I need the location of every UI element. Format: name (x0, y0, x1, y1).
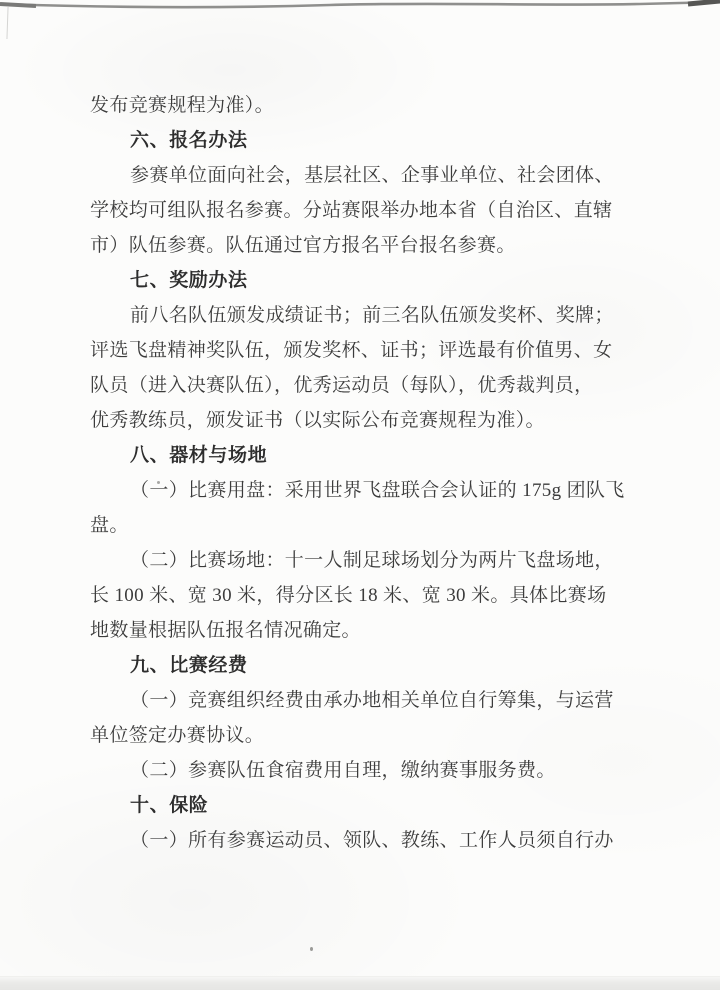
scan-bottom-edge-artifact (0, 976, 720, 990)
para-funds-line: 单位签定办赛协议。 (90, 718, 614, 753)
para-awards-line: 队员（进入决赛队伍），优秀运动员（每队），优秀裁判员， (90, 368, 614, 403)
scanned-document-page: 发布竞赛规程为准）。 六、报名办法 参赛单位面向社会，基层社区、企事业单位、社会… (0, 0, 720, 990)
document-body: 发布竞赛规程为准）。 六、报名办法 参赛单位面向社会，基层社区、企事业单位、社会… (90, 88, 614, 858)
para-registration-line: 学校均可组队报名参赛。分站赛限举办地本省（自治区、直辖 (90, 193, 614, 228)
para-registration-line: 市）队伍参赛。队伍通过官方报名平台报名参赛。 (90, 228, 614, 263)
para-venue-line: 长 100 米、宽 30 米，得分区长 18 米、宽 30 米。具体比赛场 (90, 578, 614, 613)
section-heading-registration: 六、报名办法 (90, 123, 614, 158)
para-funds-line: （二）参赛队伍食宿费用自理，缴纳赛事服务费。 (90, 753, 614, 788)
para-equipment-disc-line: 盘。 (90, 508, 614, 543)
line-regulation-note-continued: 发布竞赛规程为准）。 (90, 88, 614, 123)
scan-dust-speck (310, 947, 313, 951)
scan-dust-speck (157, 481, 160, 484)
para-venue-line: （二）比赛场地：十一人制足球场划分为两片飞盘场地， (90, 543, 614, 578)
para-equipment-disc-line: （一）比赛用盘：采用世界飞盘联合会认证的 175g 团队飞 (90, 473, 614, 508)
para-venue-line: 地数量根据队伍报名情况确定。 (90, 613, 614, 648)
section-heading-awards: 七、奖励办法 (90, 263, 614, 298)
para-awards-line: 前八名队伍颁发成绩证书；前三名队伍颁发奖杯、奖牌； (90, 298, 614, 333)
scan-top-edge-artifact (0, 0, 720, 14)
section-heading-equipment-venue: 八、器材与场地 (90, 438, 614, 473)
para-registration-line: 参赛单位面向社会，基层社区、企事业单位、社会团体、 (90, 158, 614, 193)
para-funds-line: （一）竞赛组织经费由承办地相关单位自行筹集，与运营 (90, 683, 614, 718)
para-awards-line: 评选飞盘精神奖队伍，颁发奖杯、证书；评选最有价值男、女 (90, 333, 614, 368)
section-heading-funds: 九、比赛经费 (90, 648, 614, 683)
para-awards-line: 优秀教练员，颁发证书（以实际公布竞赛规程为准）。 (90, 403, 614, 438)
scan-crease-artifact (6, 7, 8, 39)
section-heading-insurance: 十、保险 (90, 788, 614, 823)
para-insurance-line: （一）所有参赛运动员、领队、教练、工作人员须自行办 (90, 823, 614, 858)
